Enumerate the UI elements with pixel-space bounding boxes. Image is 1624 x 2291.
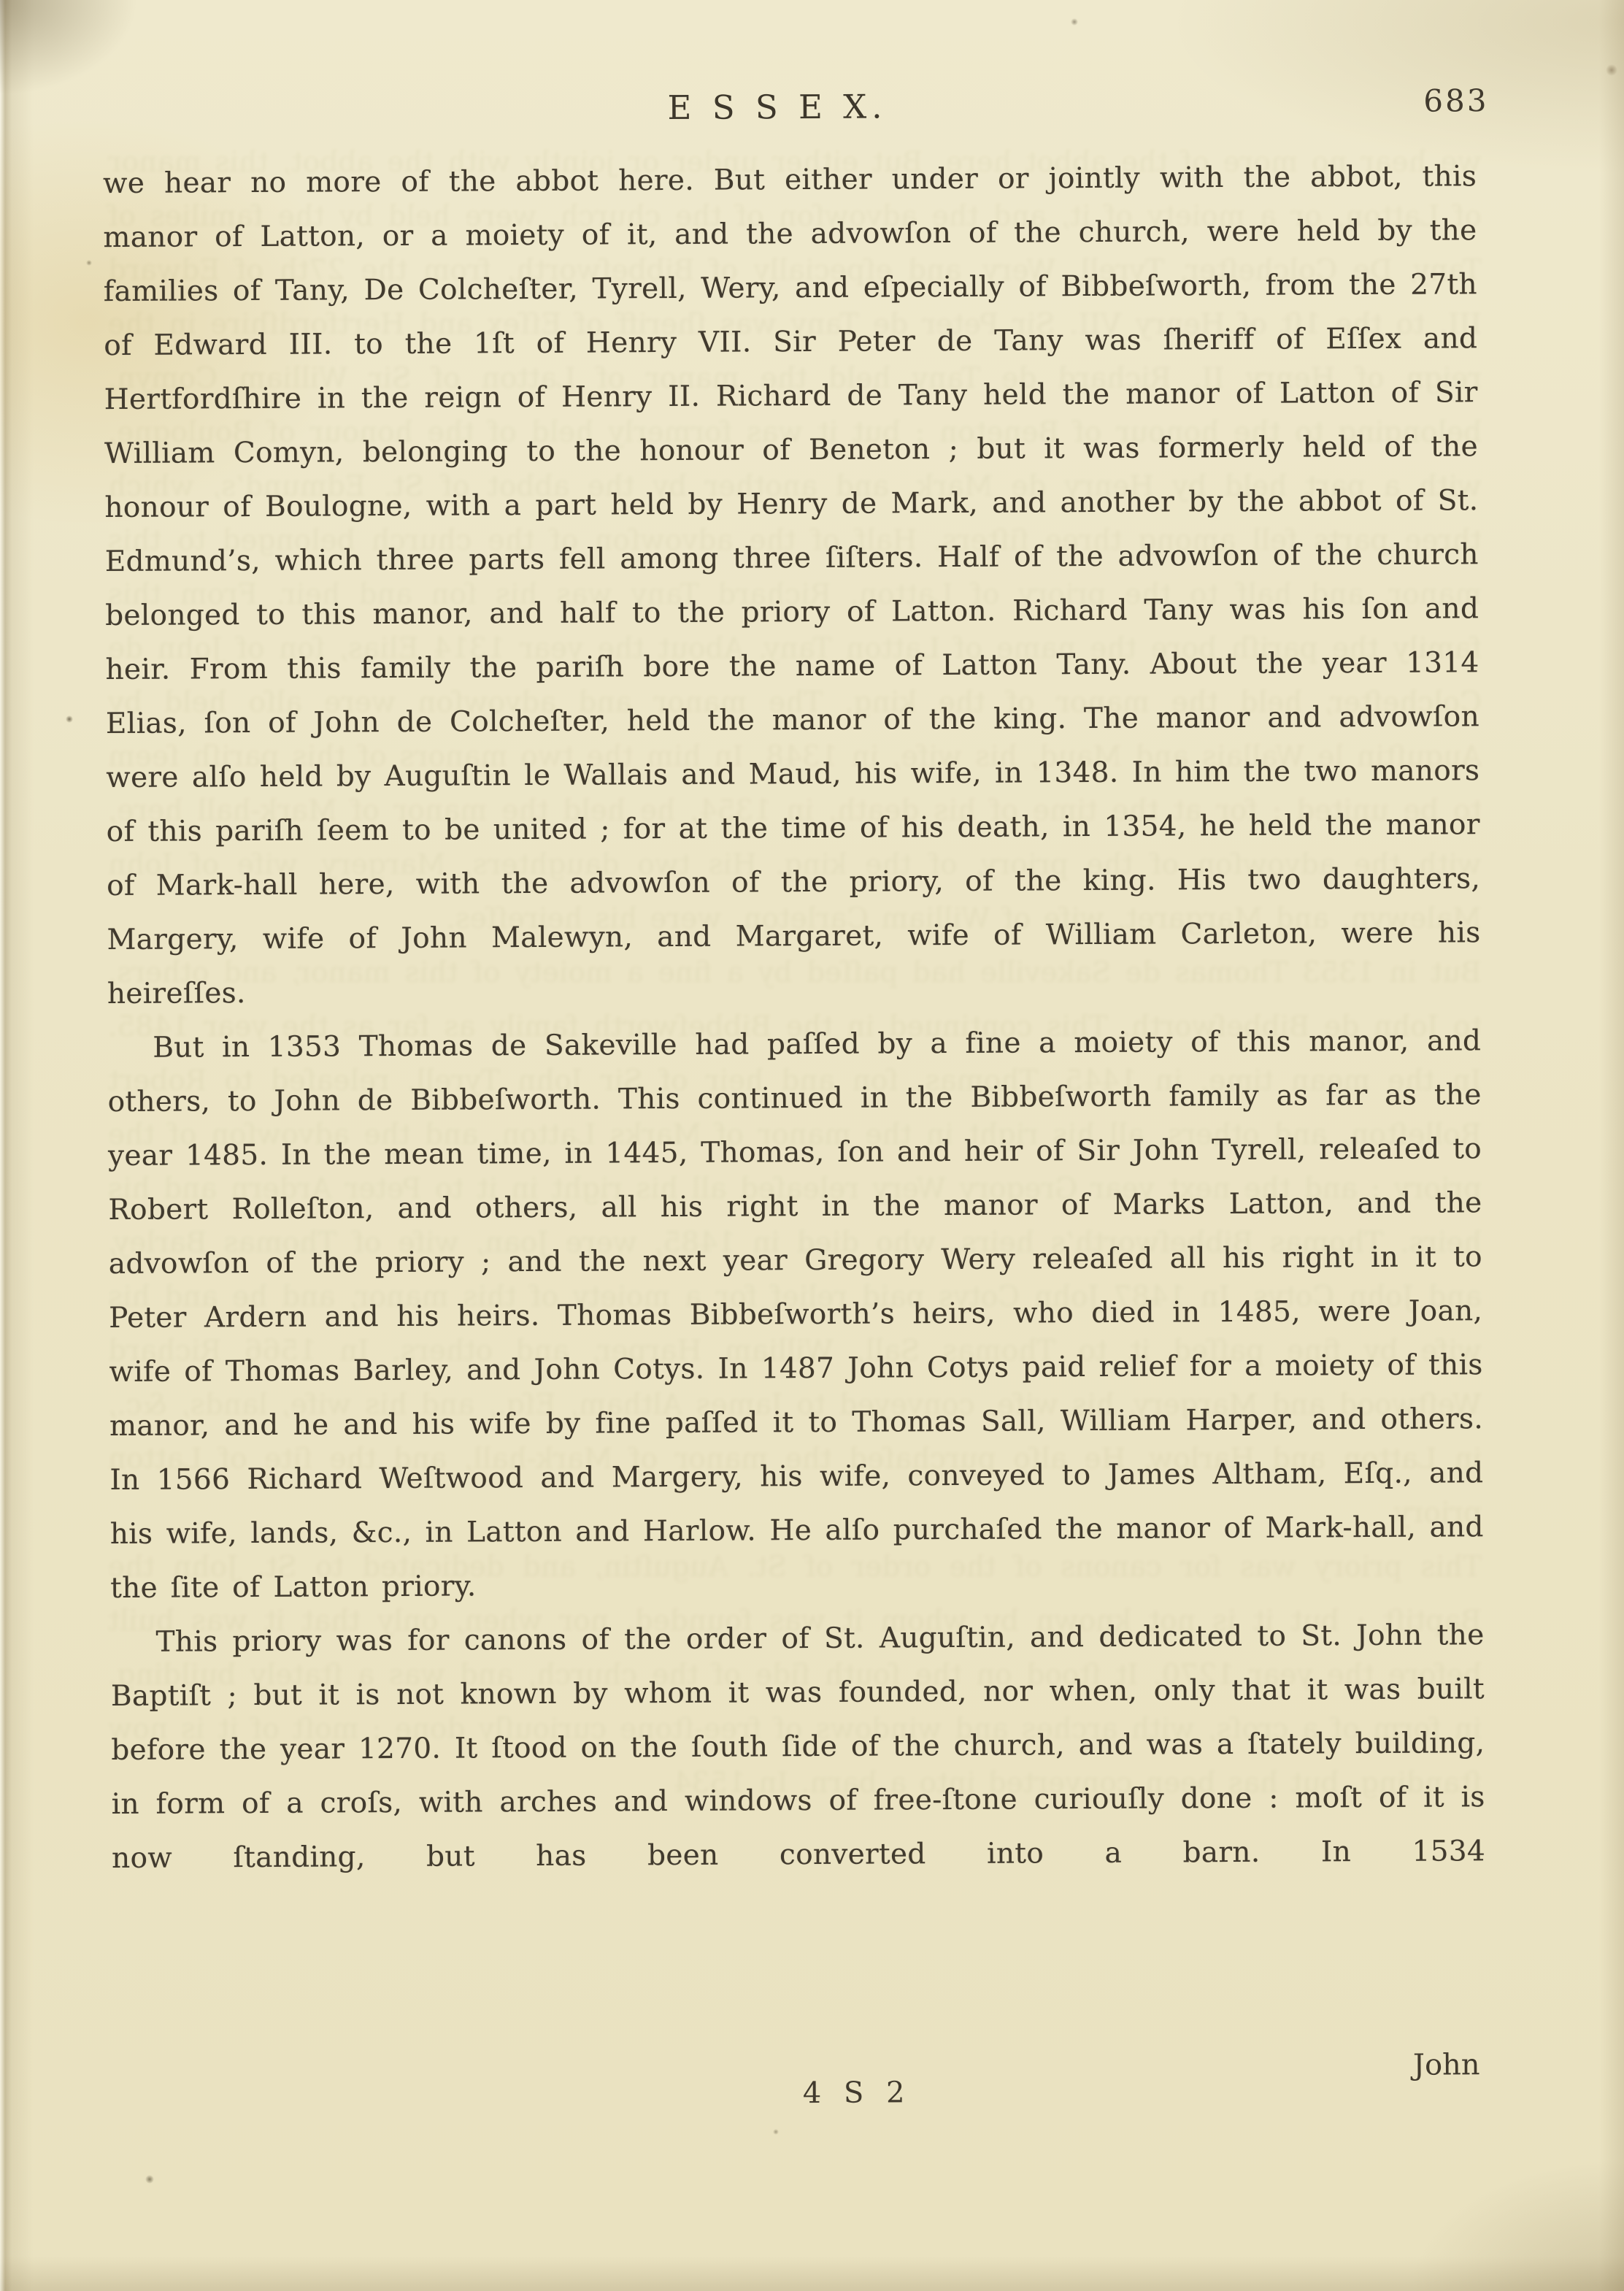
body-text-block: we hear no more of the abbot here. But e… <box>103 150 1485 1886</box>
page-number: 683 <box>1423 82 1488 118</box>
paragraph: But in 1353 Thomas de Sakeville had paſſ… <box>107 1014 1484 1616</box>
catchword: John <box>1413 2048 1480 2081</box>
signature-mark: 4 S 2 <box>803 2076 912 2110</box>
running-header-title: E S S E X. <box>0 84 1560 131</box>
page-content: E S S E X. 683 we hear no more of the ab… <box>0 0 1624 2291</box>
paragraph-continuation: we hear no more of the abbot here. But e… <box>103 150 1481 1021</box>
scanned-book-page: we hear no more of the abbot here. But e… <box>0 0 1624 2291</box>
paragraph: This priory was for canons of the order … <box>110 1608 1485 1886</box>
